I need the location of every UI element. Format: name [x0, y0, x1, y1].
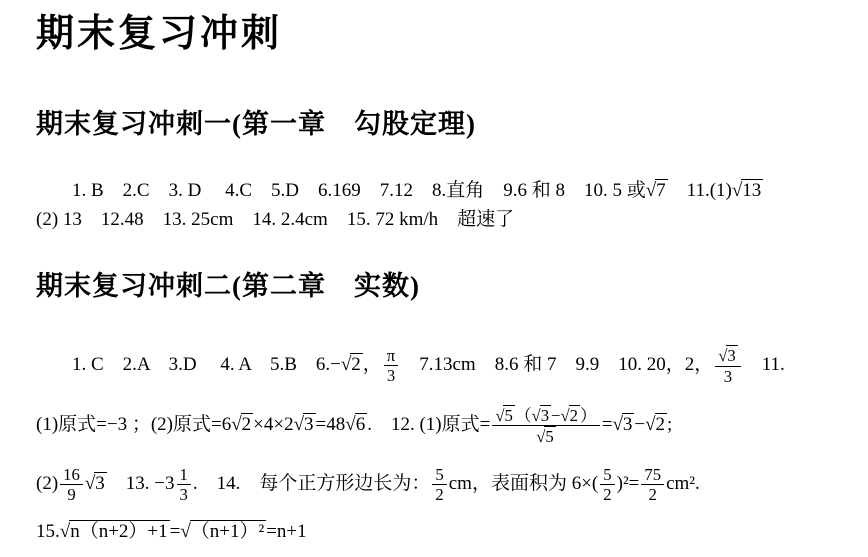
fraction-numerator: 75	[641, 465, 664, 484]
section-1-heading: 期末复习冲刺一(第一章 勾股定理)	[36, 102, 476, 141]
fraction: √5（√3−√2）√5	[492, 405, 599, 446]
fraction-denominator: 2	[432, 484, 446, 504]
sqrt-radical: √13	[732, 180, 763, 201]
radicand: 2	[569, 405, 580, 425]
radicand: 2	[241, 413, 254, 436]
section-2-heading: 期末复习冲刺二(第二章 实数)	[36, 264, 420, 303]
radicand: 5	[503, 405, 514, 425]
sqrt-radical: √3	[85, 473, 107, 494]
fraction-numerator: √3	[715, 345, 741, 365]
radicand: 3	[94, 472, 107, 495]
sqrt-radical: √3	[718, 346, 738, 365]
sqrt-radical: √n（n+2）+1	[60, 521, 170, 542]
fraction: 752	[641, 465, 664, 504]
sqrt-radical: √7	[646, 180, 668, 201]
sqrt-radical: √6	[345, 414, 367, 435]
fraction-denominator: 9	[60, 484, 83, 504]
radicand: 7	[655, 179, 668, 202]
fraction-denominator: 2	[600, 484, 614, 504]
answer-line: 1. B 2.C 3. D 4.C 5.D 6.169 7.12 8.直角 9.…	[36, 176, 852, 205]
fraction: π3	[384, 346, 398, 385]
fraction-numerator: 5	[600, 465, 614, 484]
sqrt-radical: √5	[495, 406, 515, 425]
fraction-numerator: 5	[432, 465, 446, 484]
sqrt-radical: √2	[645, 414, 667, 435]
radicand: 3	[540, 405, 551, 425]
radicand: 5	[544, 426, 555, 446]
radicand: 2	[350, 353, 363, 376]
section-2-answers: 1. C 2.A 3.D 4. A 5.B 6.−√2，π3 7.13cm 8.…	[36, 336, 852, 552]
fraction: 13	[177, 465, 191, 504]
answer-line: 15.√n（n+2）+1=√（n+1）²=n+1	[36, 512, 852, 552]
radicand: n（n+2）+1	[69, 520, 169, 543]
fraction-denominator: √5	[492, 425, 599, 446]
radicand: （n+1）²	[190, 520, 266, 543]
radicand: 3	[622, 413, 635, 436]
radicand: 13	[741, 179, 763, 202]
fraction-numerator: 16	[60, 465, 83, 484]
fraction: √33	[715, 345, 741, 385]
section-1-answers: 1. B 2.C 3. D 4.C 5.D 6.169 7.12 8.直角 9.…	[36, 176, 852, 234]
fraction-numerator: π	[384, 346, 398, 365]
sqrt-radical: √（n+1）²	[180, 521, 266, 542]
document-page: 期末复习冲刺 期末复习冲刺一(第一章 勾股定理) 1. B 2.C 3. D 4…	[0, 0, 868, 557]
fraction-numerator: √5（√3−√2）	[492, 405, 599, 425]
sqrt-radical: √5	[536, 427, 556, 446]
fraction: 169	[60, 465, 83, 504]
fraction: 52	[432, 465, 446, 504]
fraction-denominator: 3	[384, 365, 398, 385]
answer-line: 1. C 2.A 3.D 4. A 5.B 6.−√2，π3 7.13cm 8.…	[36, 336, 852, 394]
answer-line: (2) 13 12.48 13. 25cm 14. 2.4cm 15. 72 k…	[36, 205, 852, 234]
page-title: 期末复习冲刺	[36, 2, 282, 57]
sqrt-radical: √2	[231, 414, 253, 435]
fraction-denominator: 3	[715, 366, 741, 386]
radicand: 6	[355, 413, 368, 436]
answer-line: (2)169√3 13. −313. 14. 每个正方形边长为：52cm，表面积…	[36, 456, 852, 512]
sqrt-radical: √2	[341, 354, 363, 375]
sqrt-radical: √3	[294, 414, 316, 435]
radicand: 2	[655, 413, 668, 436]
radicand: 3	[303, 413, 316, 436]
fraction-numerator: 1	[177, 465, 191, 484]
fraction: 52	[600, 465, 614, 504]
sqrt-radical: √2	[561, 406, 581, 425]
fraction-denominator: 2	[641, 484, 664, 504]
radicand: 3	[726, 345, 737, 365]
sqrt-radical: √3	[612, 414, 634, 435]
answer-line: (1)原式=−3 ；(2)原式=6√2×4×2√3=48√6. 12. (1)原…	[36, 394, 852, 456]
sqrt-radical: √3	[532, 406, 552, 425]
fraction-denominator: 3	[177, 484, 191, 504]
